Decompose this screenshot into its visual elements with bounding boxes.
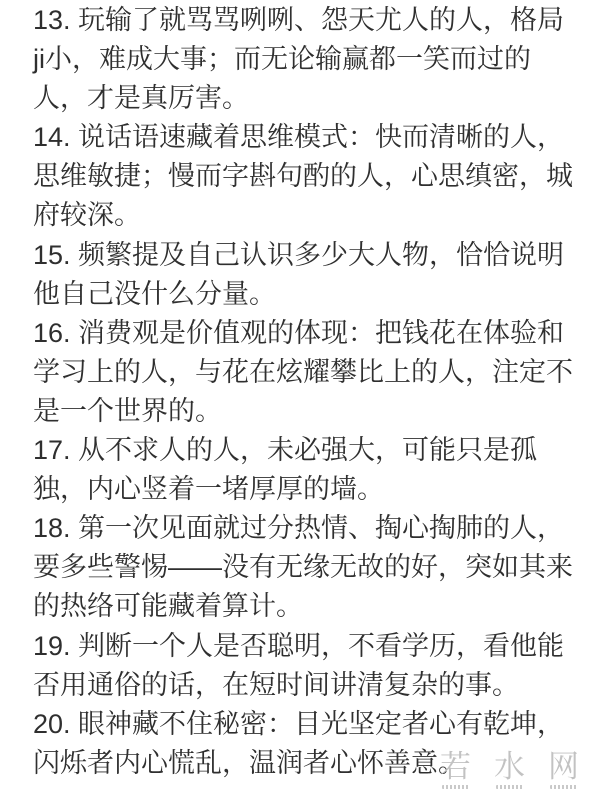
text-line: 是一个世界的。 [33, 392, 594, 431]
text-line: 15. 频繁提及自己认识多少大人物，恰恰说明 [33, 236, 594, 275]
list-item-19: 19. 判断一个人是否聪明，不看学历，看他能否用通俗的话，在短时间讲清复杂的事。 [33, 627, 594, 705]
text-line: 14. 说话语速藏着思维模式：快而清晰的人， [33, 118, 594, 157]
text-line: 18. 第一次见面就过分热情、掏心掏肺的人， [33, 509, 594, 548]
list-item-18: 18. 第一次见面就过分热情、掏心掏肺的人，要多些警惕——没有无缘无故的好，突如… [33, 509, 594, 626]
text-line: ji小，难成大事；而无论输赢都一笑而过的 [33, 40, 594, 79]
text-line: 学习上的人，与花在炫耀攀比上的人，注定不 [33, 353, 594, 392]
list-item-15: 15. 频繁提及自己认识多少大人物，恰恰说明他自己没什么分量。 [33, 236, 594, 314]
watermark-char: 水 [494, 751, 525, 782]
watermark-char-group: 水 [494, 751, 525, 789]
list-item-17: 17. 从不求人的人，未必强大，可能只是孤独，内心竖着一堵厚厚的墙。 [33, 431, 594, 509]
text-line: 思维敏捷；慢而字斟句酌的人，心思缜密，城 [33, 157, 594, 196]
text-line: 16. 消费观是价值观的体现：把钱花在体验和 [33, 314, 594, 353]
text-line: 20. 眼神藏不住秘密：目光坚定者心有乾坤， [33, 705, 594, 744]
watermark-char: 若 [440, 751, 471, 782]
text-line: 否用通俗的话，在短时间讲清复杂的事。 [33, 666, 594, 705]
list-item-16: 16. 消费观是价值观的体现：把钱花在体验和学习上的人，与花在炫耀攀比上的人，注… [33, 314, 594, 431]
text-line: 17. 从不求人的人，未必强大，可能只是孤 [33, 431, 594, 470]
text-line: 他自己没什么分量。 [33, 275, 594, 314]
watermark-char: 网 [548, 751, 579, 782]
watermark-char-group: 若 [440, 751, 471, 789]
text-line: 人，才是真厉害。 [33, 79, 594, 118]
text-line: 13. 玩输了就骂骂咧咧、怨天尤人的人，格局 [33, 1, 594, 40]
list-item-13: 13. 玩输了就骂骂咧咧、怨天尤人的人，格局ji小，难成大事；而无论输赢都一笑而… [33, 1, 594, 118]
text-line: 独，内心竖着一堵厚厚的墙。 [33, 470, 594, 509]
page: 13. 玩输了就骂骂咧咧、怨天尤人的人，格局ji小，难成大事；而无论输赢都一笑而… [0, 0, 600, 794]
watermark-subtext-marks [496, 785, 523, 789]
watermark-subtext-marks [550, 785, 577, 789]
text-content: 13. 玩输了就骂骂咧咧、怨天尤人的人，格局ji小，难成大事；而无论输赢都一笑而… [33, 1, 594, 783]
watermark-subtext-marks [442, 785, 469, 789]
watermark-char-group: 网 [548, 751, 579, 789]
watermark: 若 水 网 [440, 751, 579, 789]
text-line: 要多些警惕——没有无缘无故的好，突如其来 [33, 548, 594, 587]
text-line: 府较深。 [33, 196, 594, 235]
text-line: 的热络可能藏着算计。 [33, 587, 594, 626]
text-line: 19. 判断一个人是否聪明，不看学历，看他能 [33, 627, 594, 666]
list-item-14: 14. 说话语速藏着思维模式：快而清晰的人，思维敏捷；慢而字斟句酌的人，心思缜密… [33, 118, 594, 235]
